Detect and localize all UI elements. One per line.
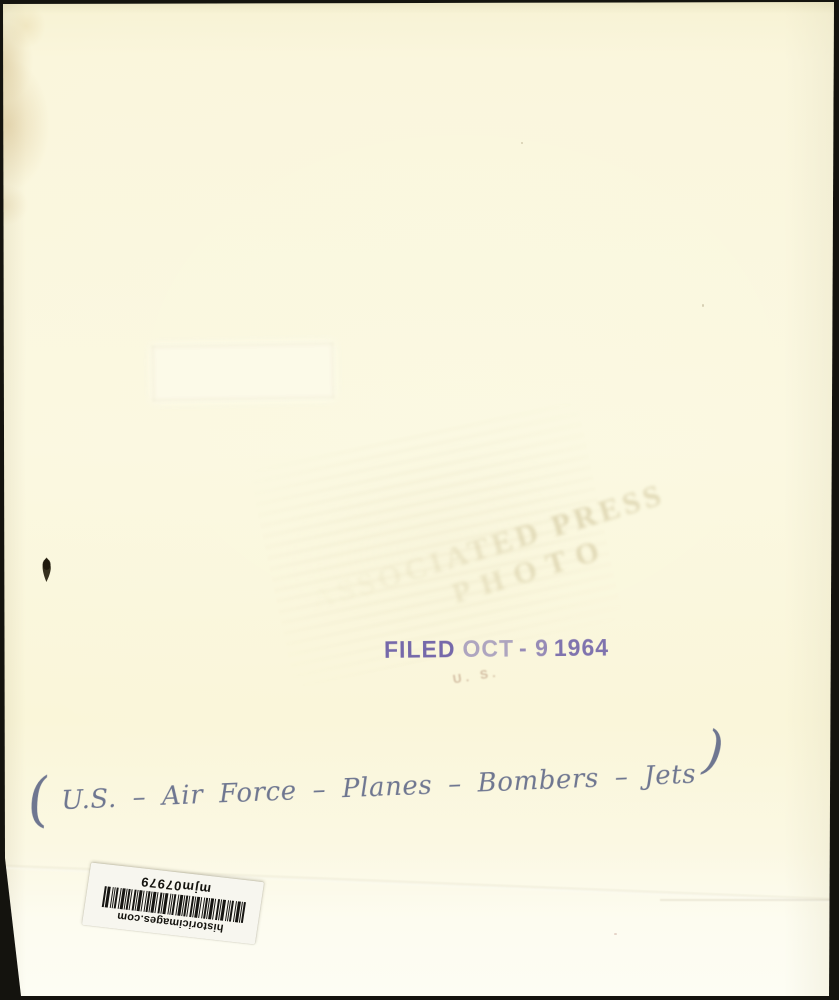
caption-text: U.S. – Air Force – Planes – Bombers – Je…: [61, 759, 697, 816]
crease-line-right: [660, 899, 832, 901]
impression-mark: [152, 342, 335, 401]
caption-open-paren: (: [22, 765, 53, 835]
filed-stamp-word: FILED: [384, 635, 456, 663]
filed-stamp-month: OCT: [462, 634, 514, 662]
photo-back-paper: ASSOCIATED PRESS PHOTO FILEDOCT- 91964 U…: [0, 0, 839, 1000]
ink-blot: [38, 556, 55, 584]
paper-speck: [521, 142, 523, 144]
scan-background-mat: ASSOCIATED PRESS PHOTO FILEDOCT- 91964 U…: [0, 0, 839, 1000]
paper-speck: [702, 304, 704, 307]
caption-close-paren: ): [701, 720, 726, 781]
handwritten-caption: ( U.S. – Air Force – Planes – Bombers – …: [25, 728, 717, 825]
paper-speck: [614, 933, 617, 935]
